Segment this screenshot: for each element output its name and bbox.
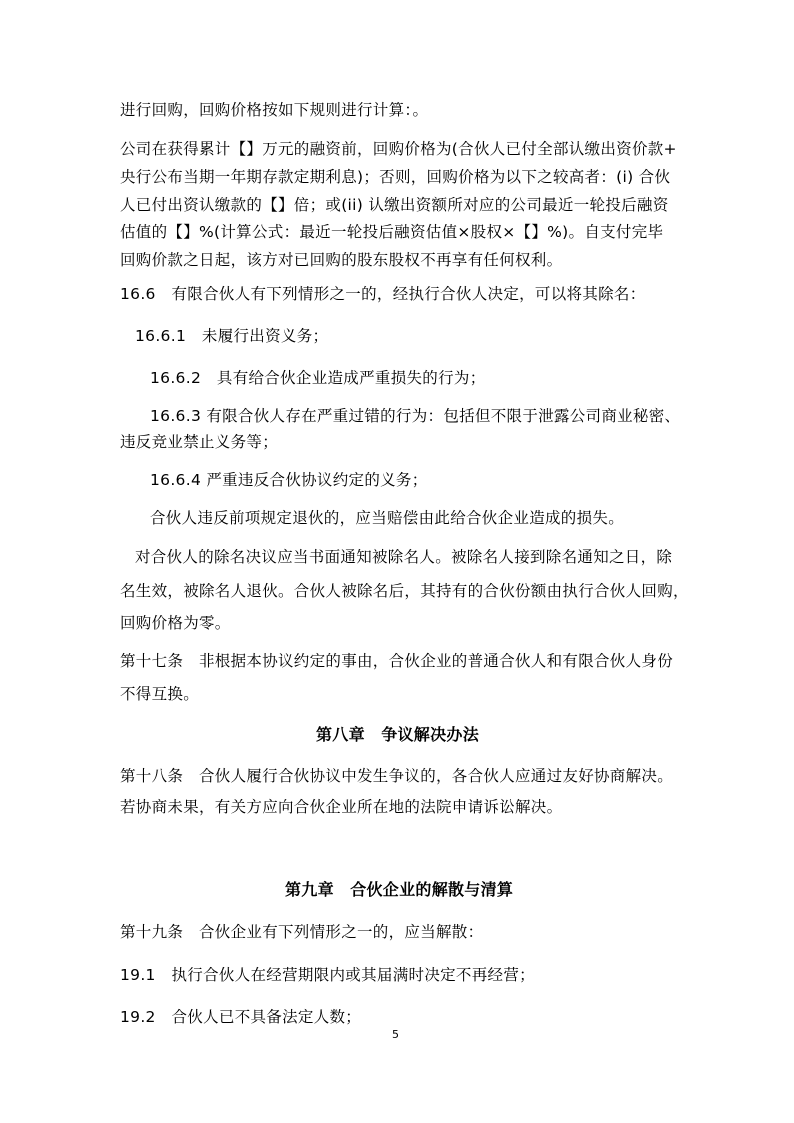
paragraph-line: 估值的【】%(计算公式：最近一轮投后融资估值×股权×【】%)。自支付完毕 — [120, 222, 663, 242]
page-number: 5 — [392, 1028, 399, 1041]
chapter-9-heading: 第九章 合伙企业的解散与清算 — [285, 880, 513, 900]
paragraph-line: 19.1 执行合伙人在经营期限内或其届满时决定不再经营； — [120, 965, 535, 985]
paragraph-line: 16.6.2 具有给合伙企业造成严重损失的行为； — [150, 368, 486, 388]
chapter-8-heading: 第八章 争议解决办法 — [316, 725, 479, 745]
paragraph-line: 回购价款之日起，该方对已回购的股东股权不再享有任何权利。 — [120, 250, 562, 270]
paragraph-line: 人已付出资认缴款的【】倍；或(ii) 认缴出资额所对应的公司最近一轮投后融资 — [120, 195, 669, 215]
paragraph-line: 若协商未果，有关方应向合伙企业所在地的法院申请诉讼解决。 — [120, 797, 562, 817]
paragraph-line: 第十八条 合伙人履行合伙协议中发生争议的，各合伙人应通过友好协商解决。 — [120, 766, 673, 786]
paragraph-line: 对合伙人的除名决议应当书面通知被除名人。被除名人接到除名通知之日，除 — [135, 547, 672, 567]
paragraph-line: 16.6 有限合伙人有下列情形之一的，经执行合伙人决定，可以将其除名： — [120, 284, 646, 304]
paragraph-line: 公司在获得累计【】万元的融资前，回购价格为(合伙人已付全部认缴出资价款+ — [120, 139, 677, 159]
paragraph-line: 16.6.3 有限合伙人存在严重过错的行为：包括但不限于泄露公司商业秘密、 — [150, 406, 680, 426]
paragraph-line: 回购价格为零。 — [120, 613, 231, 633]
paragraph-line: 第十七条 非根据本协议约定的事由，合伙企业的普通合伙人和有限合伙人身份 — [120, 651, 673, 671]
paragraph-line: 合伙人违反前项规定退伙的，应当赔偿由此给合伙企业造成的损失。 — [150, 508, 624, 528]
paragraph-line: 16.6.4 严重违反合伙协议约定的义务； — [150, 470, 428, 490]
paragraph-line: 19.2 合伙人已不具备法定人数； — [120, 1007, 361, 1027]
paragraph-line: 违反竞业禁止义务等； — [120, 432, 278, 452]
paragraph-line: 第十九条 合伙企业有下列情形之一的，应当解散： — [120, 922, 483, 942]
paragraph-line: 不得互换。 — [120, 684, 199, 704]
paragraph-line: 名生效，被除名人退伙。合伙人被除名后，其持有的合伙份额由执行合伙人回购， — [120, 581, 689, 601]
paragraph-line: 进行回购，回购价格按如下规则进行计算：。 — [120, 100, 428, 120]
paragraph-line: 央行公布当期一年期存款定期利息)；否则，回购价格为以下之较高者：(i) 合伙 — [120, 167, 670, 187]
paragraph-line: 16.6.1 未履行出资义务； — [135, 326, 328, 346]
